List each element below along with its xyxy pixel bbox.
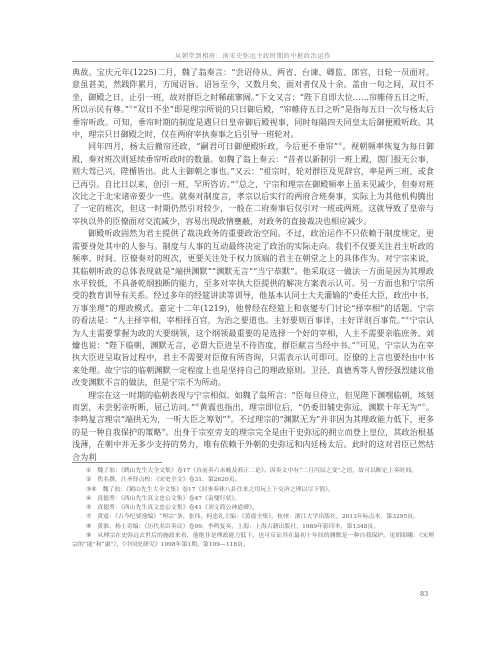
footnote-mark: ⑨ [86,533,91,539]
footnote-mark: ⑤ [86,505,91,511]
footnote-item: ⑨从理宗在史弥远去世后的施政来看，他绝非是理政能力低下，也可反证其在最初十年间的… [72,532,434,551]
footnote-item: ⑦黄震：《古今纪要逸编》“理宗”条，张伟、何忠礼主编：《黄震全集》，杭州：浙江大… [72,513,434,522]
footnote-text: 从理宗在史弥远去世后的施政来看，他绝非是理政能力低下，也可反证其在最初十年间的渊… [72,533,434,548]
footnote-item: ④真德秀：《西山先生真文忠公文集》卷47《袁燮行状》。 [72,495,434,504]
paragraph-text: 御殿听政固然为君主提供了裁决政务的重要政治空间。不过，政治运作不只依赖于制度规定… [72,228,434,325]
footnote-mark: ⑧ [86,524,91,530]
footnote-item: ③⑥魏了翁：《鹤山先生大全文集》卷17《封事奏体八卦往来之用玩上下交济之理以尽下… [72,486,434,495]
footnote-text: 魏了翁：《鹤山先生大全文集》卷17《直前奏六未喻及邪正二论》。因奏文中有“二月丙… [97,468,417,474]
footnote-item: ①魏了翁：《鹤山先生大全文集》卷17《直前奏六未喻及邪正二论》。因奏文中有“二月… [72,467,434,476]
footnote-text: 黄震：《古今纪要逸编》“理宗”条，张伟、何忠礼主编：《黄震全集》，杭州：浙江大学… [97,514,419,520]
page-number: 83 [420,590,428,598]
footnote-text: 黄淮、杨士奇编：《历代名臣奏议》卷99，李鸣复奏，上海：上海古籍出版社，1989… [97,524,379,530]
footnote-mark: ④ [86,496,91,502]
footnote-text: 佚名撰，汪圣铎点校：《宋史全文》卷31，第2620页。 [97,477,240,483]
body-paragraph: 理宗在这一时期的临朝表现与宁宗相似。如魏了翁所言：“臣每旦侍立，但见陛下渊嘿临朝… [72,389,434,463]
running-head: 从朝堂到相府：南宋史弥远主政时期的中枢政治运作 [72,51,434,60]
body-paragraph: 御殿听政固然为君主提供了裁决政务的重要政治空间。不过，政治运作不只依赖于制度规定… [72,227,434,388]
body-paragraph: 典故。宝庆元年(1225)二月，魏了翁奏言：“尝诏侍从、两省、台谏、卿监、郎官，… [72,66,434,140]
footnote-text: 真德秀：《西山先生真文忠公文集》卷47《袁燮行状》。 [97,496,240,502]
footnote-mark: ⑦ [86,514,91,520]
footnote-text: 真德秀：《西山先生真文忠公文集》卷41《刘文简公神道碑》。 [97,505,258,511]
footnote-mark: ② [86,477,91,483]
footnote-mark: ③⑥ [86,487,97,493]
footnotes: ①魏了翁：《鹤山先生大全文集》卷17《直前奏六未喻及邪正二论》。因奏文中有“二月… [72,467,434,551]
paragraph-text: 黄震也指出，理宗即位后，“仍委旧辅史弥远，渊默十年无为” [200,402,422,412]
footnote-item: ⑤真德秀：《西山先生真文忠公文集》卷41《刘文简公神道碑》。 [72,504,434,513]
header-rule [72,61,434,62]
paragraph-text: 同年四月，杨太后撤帘还政，“嗣君可日御便殿听政，今后更不垂帘” [88,141,338,151]
body-text: 典故。宝庆元年(1225)二月，魏了翁奏言：“尝诏侍从、两省、台谏、卿监、郎官，… [72,66,434,463]
footnote-separator [72,462,162,463]
footnote-item: ⑧黄淮、杨士奇编：《历代名臣奏议》卷99，李鸣复奏，上海：上海古籍出版社，198… [72,523,434,532]
footnote-mark: ① [86,468,91,474]
footnote-text: 魏了翁：《鹤山先生大全文集》卷17《封事奏体八卦往来之用玩上下交济之理以尽下情》… [103,487,334,493]
body-paragraph: 同年四月，杨太后撤帘还政，“嗣君可日御便殿听政，今后更不垂帘”②。视朝频率恢复为… [72,140,434,227]
footnote-item: ②佚名撰，汪圣铎点校：《宋史全文》卷31，第2620页。 [72,476,434,485]
